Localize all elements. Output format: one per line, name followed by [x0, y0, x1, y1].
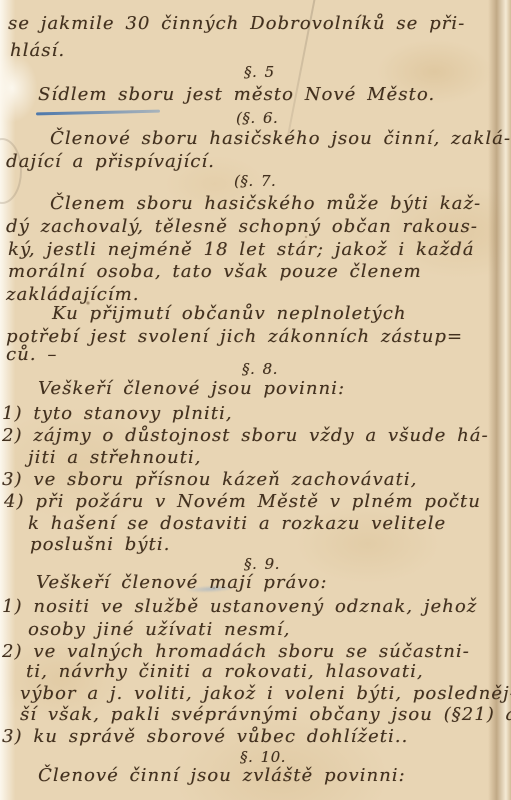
list-item-line: 2) zájmy o důstojnost sboru vždy a všude…	[2, 425, 489, 447]
text-line: potřebí jest svolení jich zákonních zást…	[6, 326, 463, 348]
text-line: poslušni býti.	[30, 534, 170, 556]
list-item-line: 1) nositi ve službě ustanovený odznak, j…	[2, 596, 477, 618]
manuscript-page: se jakmile 30 činných Dobrovolníků se př…	[0, 0, 511, 800]
text-line: ký, jestli nejméně 18 let stár; jakož i …	[8, 239, 475, 261]
text-line: dý zachovalý, tělesně schopný občan rako…	[6, 216, 478, 238]
blue-pencil-underline	[36, 110, 160, 116]
text-line: osoby jiné užívati nesmí,	[28, 619, 290, 641]
text-line: jiti a střehnouti,	[28, 447, 201, 469]
list-item-line: 1) tyto stanovy plniti,	[2, 403, 233, 425]
text-line: ší však, pakli svéprávnými občany jsou (…	[20, 704, 511, 726]
text-line: dající a přispívající.	[6, 151, 215, 173]
text-line: Veškeří členové jsou povinni:	[38, 378, 345, 400]
list-item-line: 2) ve valných hromadách sboru se súčastn…	[2, 641, 470, 663]
text-line: Členem sboru hasičského může býti kaž-	[50, 193, 481, 215]
text-line: Ku přijmutí občanův neplnoletých	[52, 303, 407, 325]
text-line: Sídlem sboru jest město Nové Město.	[38, 84, 435, 106]
list-item-line: 3) ve sboru přísnou kázeň zachovávati,	[2, 469, 417, 491]
section-heading: §. 8.	[242, 358, 278, 380]
text-line: k hašení se dostaviti a rozkazu velitele	[28, 513, 446, 535]
list-item-line: 3) ku správě sborové vůbec dohlížeti..	[2, 726, 408, 748]
list-item-line: 4) při požáru v Novém Městě v plném počt…	[4, 491, 481, 513]
text-line: Veškeří členové mají právo:	[36, 572, 327, 594]
text-line: ti, návrhy činiti a rokovati, hlasovati,	[26, 661, 424, 683]
text-line: hlásí.	[10, 40, 65, 62]
text-line: se jakmile 30 činných Dobrovolníků se př…	[8, 13, 465, 35]
text-line: ců. –	[6, 344, 57, 366]
section-heading: §. 5	[244, 61, 275, 83]
text-line: Členové činní jsou zvláště povinni:	[38, 765, 406, 787]
section-heading: (§. 6.	[236, 107, 278, 129]
section-heading: (§. 7.	[234, 170, 276, 192]
text-line: morální osoba, tato však pouze členem	[8, 261, 422, 283]
text-line: výbor a j. voliti, jakož i voleni býti, …	[20, 683, 511, 705]
text-line: Členové sboru hasičského jsou činní, zak…	[50, 128, 511, 150]
